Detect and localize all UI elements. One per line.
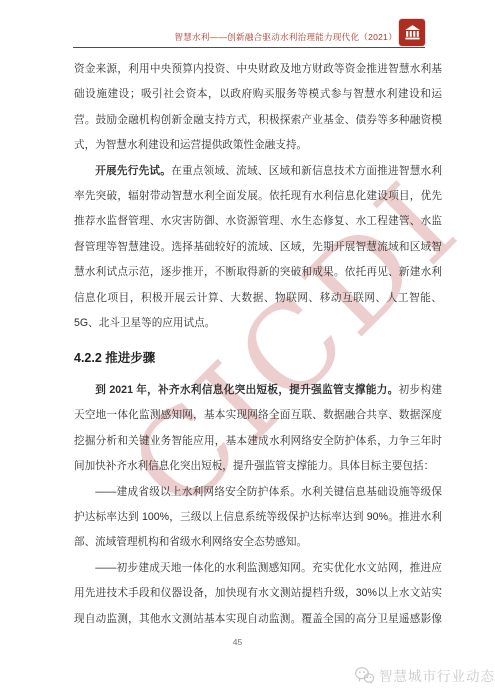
page-header-title: 智慧水利——创新融合驱动水利治理能力现代化（2021） — [174, 31, 397, 43]
header-divider — [73, 47, 425, 48]
text-run: 在重点领域、流域、区域和新信息技术方面推进智慧水利率先突破，辐射带动智慧水利全面… — [74, 165, 442, 329]
bold-text-run: 开展先行先试。 — [95, 165, 171, 177]
document-page: { "header": { "title": "智慧水利——创新融合驱动水利治理… — [0, 0, 495, 700]
classical-building-icon — [404, 24, 421, 41]
publisher-logo — [399, 19, 425, 46]
footer-brand-label: 智慧城市行业动态 — [379, 665, 495, 685]
paragraph: 开展先行先试。在重点领域、流域、区域和新信息技术方面推进智慧水利率先突破，辐射带… — [74, 159, 442, 337]
footer-brand: 智慧城市行业动态 — [354, 665, 495, 685]
document-body: 资金来源，利用中央预算内投资、中央财政及地方财政等资金推进智慧水利基础设施建设；… — [74, 57, 442, 635]
text-run: ——建成省级以上水利网络安全防护体系。水利关键信息基础设施等级保护达标率达到 1… — [74, 486, 442, 549]
section-heading: 4.2.2 推进步骤 — [74, 346, 442, 371]
paragraph: 到 2021 年，补齐水利信息化突出短板，提升强监管支撑能力。初步构建天空地一体… — [74, 378, 442, 480]
bold-text-run: 4.2.2 推进步骤 — [74, 351, 155, 365]
text-run: ——初步建成天地一体化的水利监测感知网。充实优化水文站网，推进应用先进技术手段和… — [74, 562, 442, 635]
text-run: 初步构建天空地一体化监测感知网，基本实现网络全面互联、数据融合共享、数据深度挖掘… — [74, 384, 442, 472]
paragraph: 资金来源，利用中央预算内投资、中央财政及地方财政等资金推进智慧水利基础设施建设；… — [74, 57, 442, 159]
page-number: 45 — [0, 637, 475, 647]
bold-text-run: 到 2021 年，补齐水利信息化突出短板，提升强监管支撑能力。 — [95, 384, 398, 396]
paragraph: ——初步建成天地一体化的水利监测感知网。充实优化水文站网，推进应用先进技术手段和… — [74, 556, 442, 635]
wechat-icon — [354, 666, 375, 685]
paragraph: ——建成省级以上水利网络安全防护体系。水利关键信息基础设施等级保护达标率达到 1… — [74, 480, 442, 556]
text-run: 资金来源，利用中央预算内投资、中央财政及地方财政等资金推进智慧水利基础设施建设；… — [74, 63, 442, 151]
